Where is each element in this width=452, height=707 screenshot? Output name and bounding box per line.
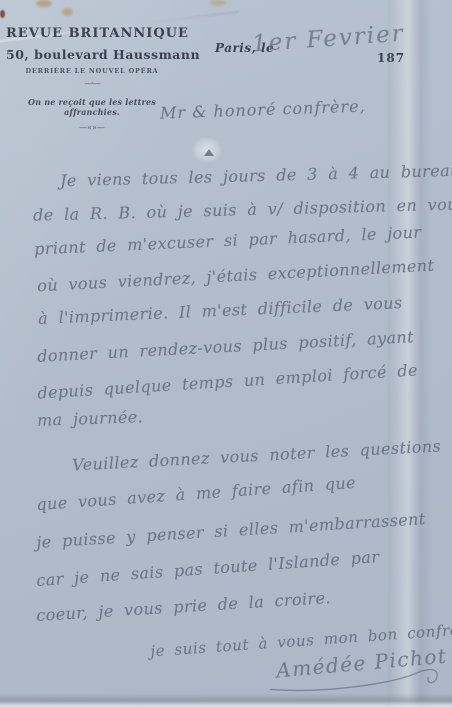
letterhead: REVUE BRITANNIQUE 50, boulevard Haussman… xyxy=(6,26,178,132)
handwritten-line: où vous viendrez, j'étais exceptionnelle… xyxy=(37,256,435,296)
handwritten-line: de la R. B. où je suis à v/ disposition … xyxy=(33,194,452,224)
paper-damage-spot xyxy=(192,137,222,163)
handwritten-line: priant de m'excuser si par hasard, le jo… xyxy=(34,223,422,259)
handwritten-line: que vous avez à me faire afin que xyxy=(36,473,357,514)
rust-stain xyxy=(210,0,226,6)
rust-stain xyxy=(36,0,52,7)
handwritten-line: depuis quelque temps un emploi forcé de xyxy=(37,360,419,402)
handwritten-line: car je ne sais pas toute l'Islande par xyxy=(36,547,380,590)
salutation: Mr & honoré confrère, xyxy=(160,96,366,122)
letterhead-ornament-bottom: —«»— xyxy=(6,123,178,132)
letter-paper: REVUE BRITANNIQUE 50, boulevard Haussman… xyxy=(0,0,452,707)
letterhead-title: REVUE BRITANNIQUE xyxy=(6,26,178,41)
handwritten-line: ma journée. xyxy=(37,407,144,430)
handwritten-line: je puisse y penser si elles m'embarrasse… xyxy=(36,509,426,552)
vertical-fold-crease xyxy=(388,0,432,707)
printed-year: 187 xyxy=(377,51,405,65)
handwritten-line: Veuillez donnez vous noter les questions xyxy=(72,436,442,474)
letterhead-address: 50, boulevard Haussmann xyxy=(6,47,178,62)
bottom-paper-edge xyxy=(0,693,452,707)
letterhead-notice: On ne reçoit que les lettres affranchies… xyxy=(6,97,178,117)
rust-stain xyxy=(62,8,73,16)
handwritten-line: donner un rendez-vous plus positif, ayan… xyxy=(37,327,415,366)
edge-speck xyxy=(0,10,5,18)
handwritten-line: à l'imprimerie. Il m'est difficile de vo… xyxy=(38,293,403,328)
letterhead-location-note: DERRIÈRE LE NOUVEL OPÉRA xyxy=(6,67,178,75)
paper-damage-shadow xyxy=(204,149,214,156)
handwritten-line: Je viens tous les jours de 3 à 4 au bure… xyxy=(60,161,452,190)
handwritten-line: coeur, je vous prie de la croire. xyxy=(36,588,332,625)
letterhead-ornament-top: —·— xyxy=(6,79,178,88)
